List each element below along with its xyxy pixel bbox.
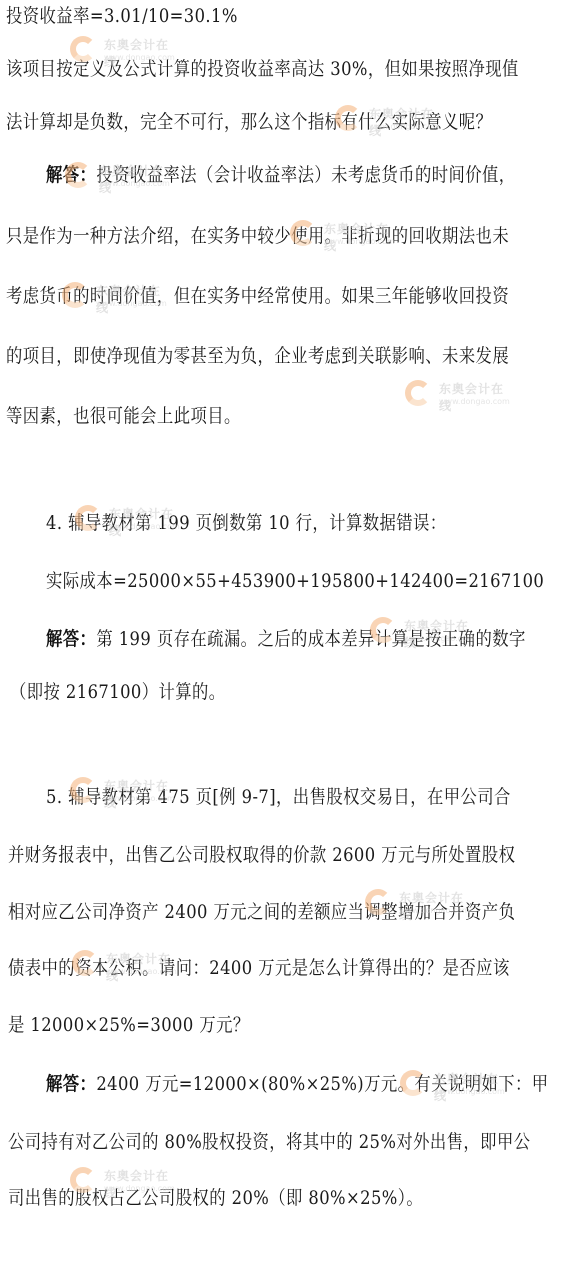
answer-text: 公司持有对乙公司的 80%股权投资，将其中的 25%对外出售，即甲公 (8, 1131, 530, 1153)
question-text: 相对应乙公司净资产 2400 万元之间的差额应当调整增加合并资产负 (8, 901, 515, 923)
answer-text: 2400 万元=12000×(80%×25%)万元。有关说明如下：甲 (96, 1073, 548, 1095)
formula-text: 实际成本=25000×55+453900+195800+142400=21671… (46, 570, 544, 592)
question-4-title: 4. 辅导教材第 199 页倒数第 10 行，计算数据错误： (46, 511, 447, 535)
question-text: 该项目按定义及公式计算的投资收益率高达 30%，但如果按照净现值 (6, 58, 519, 80)
question-line: 是 12000×25%=3000 万元？ (8, 1013, 250, 1037)
answer-text: 等因素，也很可能会上此项目。 (6, 405, 241, 427)
watermark-logo: 东奥会计在线 www.dongao.com (405, 378, 515, 412)
question-text: 是 12000×25%=3000 万元？ (8, 1014, 250, 1036)
answer-line: 解答：2400 万元=12000×(80%×25%)万元。有关说明如下：甲 (46, 1072, 549, 1096)
question-text: 5. 辅导教材第 475 页[例 9-7]，出售股权交易日，在甲公司合 (46, 786, 511, 808)
question-line: 债表中的资本公积。请问：2400 万元是怎么计算得出的？是否应该 (8, 956, 510, 980)
question-text: 债表中的资本公积。请问：2400 万元是怎么计算得出的？是否应该 (8, 957, 510, 979)
watermark-url: www.dongao.com (439, 397, 510, 406)
question-text: 并财务报表中，出售乙公司股权取得的价款 2600 万元与所处置股权 (8, 844, 515, 866)
answer-line: 司出售的股权占乙公司股权的 20%（即 80%×25%）。 (8, 1186, 423, 1210)
formula-line: 投资收益率=3.01/10=30.1% (6, 4, 238, 28)
answer-line: 等因素，也很可能会上此项目。 (6, 404, 241, 428)
answer-line: 的项目，即使净现值为零甚至为负，企业考虑到关联影响、未来发展 (6, 344, 509, 368)
answer-line: 公司持有对乙公司的 80%股权投资，将其中的 25%对外出售，即甲公 (8, 1130, 530, 1154)
question-line: 并财务报表中，出售乙公司股权取得的价款 2600 万元与所处置股权 (8, 843, 515, 867)
answer-line: 解答：投资收益率法（会计收益率法）未考虑货币的时间价值， (46, 163, 516, 187)
formula-line: 实际成本=25000×55+453900+195800+142400=21671… (46, 569, 544, 593)
answer-text: 司出售的股权占乙公司股权的 20%（即 80%×25%）。 (8, 1187, 423, 1209)
answer-text: 的项目，即使净现值为零甚至为负，企业考虑到关联影响、未来发展 (6, 345, 509, 367)
watermark-brand: 东奥会计在线 (439, 380, 515, 414)
formula-text: 投资收益率=3.01/10=30.1% (6, 5, 238, 27)
question-line: 该项目按定义及公式计算的投资收益率高达 30%，但如果按照净现值 (6, 57, 519, 81)
answer-text: （即按 2167100）计算的。 (10, 681, 226, 703)
answer-text: 考虑货币的时间价值，但在实务中经常使用。如果三年能够收回投资 (6, 285, 509, 307)
question-text: 法计算却是负数，完全不可行，那么这个指标有什么实际意义呢？ (6, 111, 492, 133)
answer-label: 解答： (46, 164, 96, 186)
question-5-title: 5. 辅导教材第 475 页[例 9-7]，出售股权交易日，在甲公司合 (46, 785, 511, 809)
answer-line: 只是作为一种方法介绍，在实务中较少使用。非折现的回收期法也未 (6, 224, 509, 248)
answer-text: 只是作为一种方法介绍，在实务中较少使用。非折现的回收期法也未 (6, 225, 509, 247)
answer-label: 解答： (46, 1073, 96, 1095)
answer-line: 考虑货币的时间价值，但在实务中经常使用。如果三年能够收回投资 (6, 284, 509, 308)
question-text: 4. 辅导教材第 199 页倒数第 10 行，计算数据错误： (46, 512, 447, 534)
question-line: 相对应乙公司净资产 2400 万元之间的差额应当调整增加合并资产负 (8, 900, 515, 924)
answer-line: （即按 2167100）计算的。 (10, 680, 226, 704)
answer-line: 解答：第 199 页存在疏漏。之后的成本差异计算是按正确的数字 (46, 627, 526, 651)
answer-text: 投资收益率法（会计收益率法）未考虑货币的时间价值， (96, 164, 515, 186)
answer-text: 第 199 页存在疏漏。之后的成本差异计算是按正确的数字 (96, 628, 525, 650)
question-line: 法计算却是负数，完全不可行，那么这个指标有什么实际意义呢？ (6, 110, 492, 134)
answer-label: 解答： (46, 628, 96, 650)
watermark-logo-icon (405, 380, 431, 406)
